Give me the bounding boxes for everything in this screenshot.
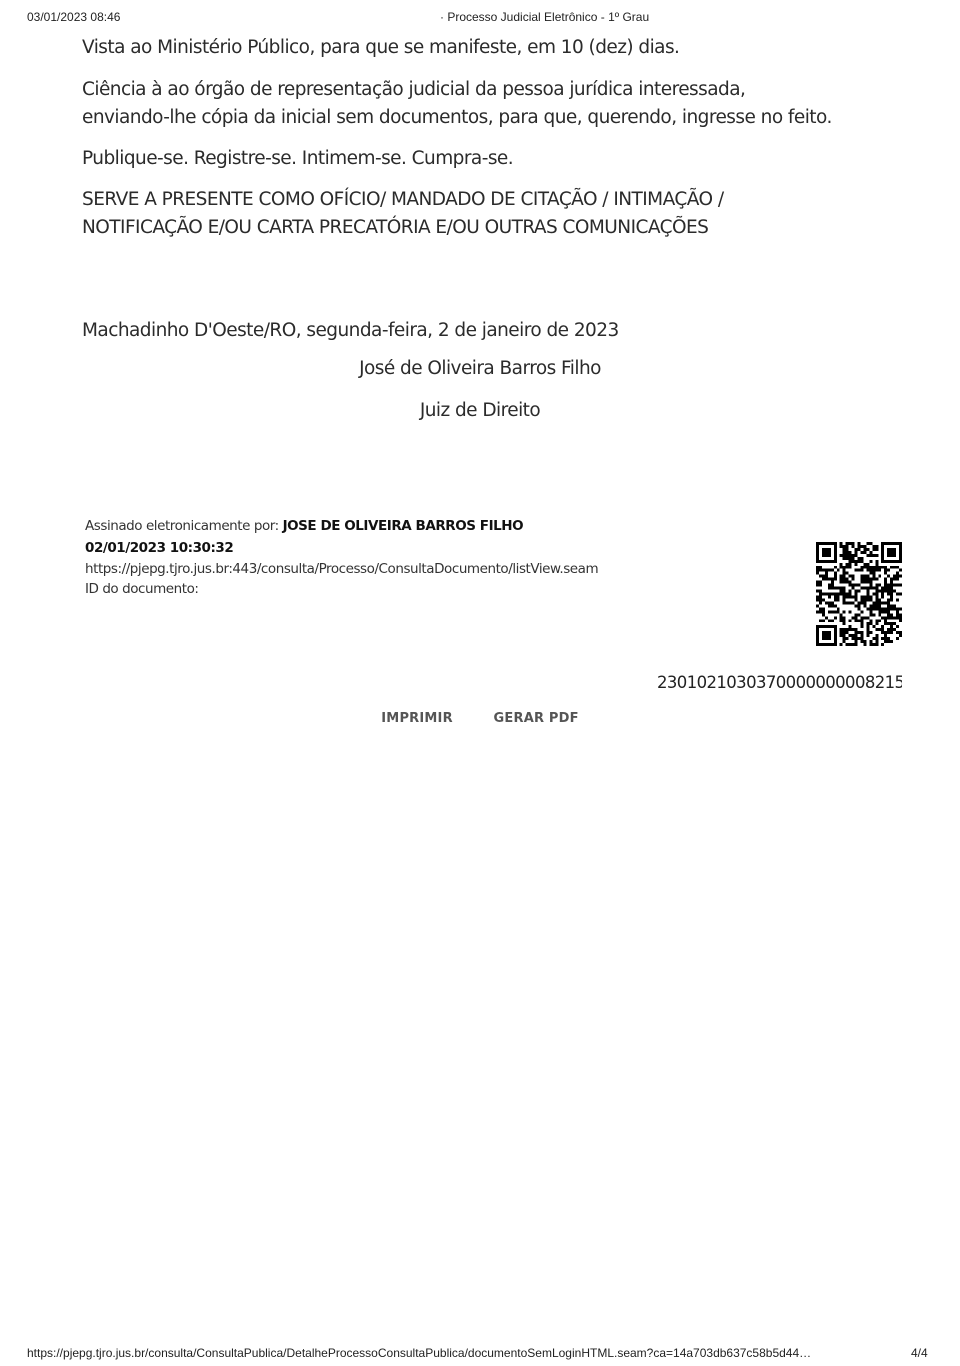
paragraph-publique: Publique-se. Registre-se. Intimem-se. Cu… xyxy=(82,145,513,173)
paragraph-ciencia: Ciência à ao órgão de representação judi… xyxy=(82,76,832,132)
signed-by-label: Assinado eletronicamente por: xyxy=(85,518,279,534)
paragraph-ciencia-line-1: Ciência à ao órgão de representação judi… xyxy=(82,76,832,104)
print-button[interactable]: IMPRIMIR xyxy=(381,711,453,726)
page-number: 4/4 xyxy=(911,1346,928,1360)
paragraph-serve-line-2: NOTIFICAÇÃO E/OU CARTA PRECATÓRIA E/OU O… xyxy=(82,214,724,242)
place-date: Machadinho D'Oeste/RO, segunda-feira, 2 … xyxy=(82,317,619,345)
print-datetime: 03/01/2023 08:46 xyxy=(27,10,120,24)
judge-role: Juiz de Direito xyxy=(0,400,960,421)
signed-by-name: JOSE DE OLIVEIRA BARROS FILHO xyxy=(283,518,524,534)
verify-url[interactable]: https://pjepg.tjro.jus.br:443/consulta/P… xyxy=(85,559,598,580)
paragraph-serve-line-1: SERVE A PRESENTE COMO OFÍCIO/ MANDADO DE… xyxy=(82,186,724,214)
signed-by: Assinado eletronicamente por: JOSE DE OL… xyxy=(85,516,523,537)
judge-name: José de Oliveira Barros Filho xyxy=(0,358,960,379)
qr-code-icon xyxy=(816,542,902,646)
paragraph-serve: SERVE A PRESENTE COMO OFÍCIO/ MANDADO DE… xyxy=(82,186,724,242)
paragraph-vista: Vista ao Ministério Público, para que se… xyxy=(82,34,679,62)
print-title: · Processo Judicial Eletrônico - 1º Grau xyxy=(440,10,649,24)
document-id-label: ID do documento: xyxy=(85,579,199,600)
footer-url: https://pjepg.tjro.jus.br/consulta/Consu… xyxy=(27,1346,897,1360)
generate-pdf-button[interactable]: GERAR PDF xyxy=(494,711,579,726)
paragraph-ciencia-line-2: enviando-lhe cópia da inicial sem docume… xyxy=(82,104,832,132)
signed-datetime: 02/01/2023 10:30:32 xyxy=(85,538,233,559)
document-number: 23010210303700000000082159 xyxy=(657,673,902,692)
document-actions: IMPRIMIR GERAR PDF xyxy=(0,711,960,726)
